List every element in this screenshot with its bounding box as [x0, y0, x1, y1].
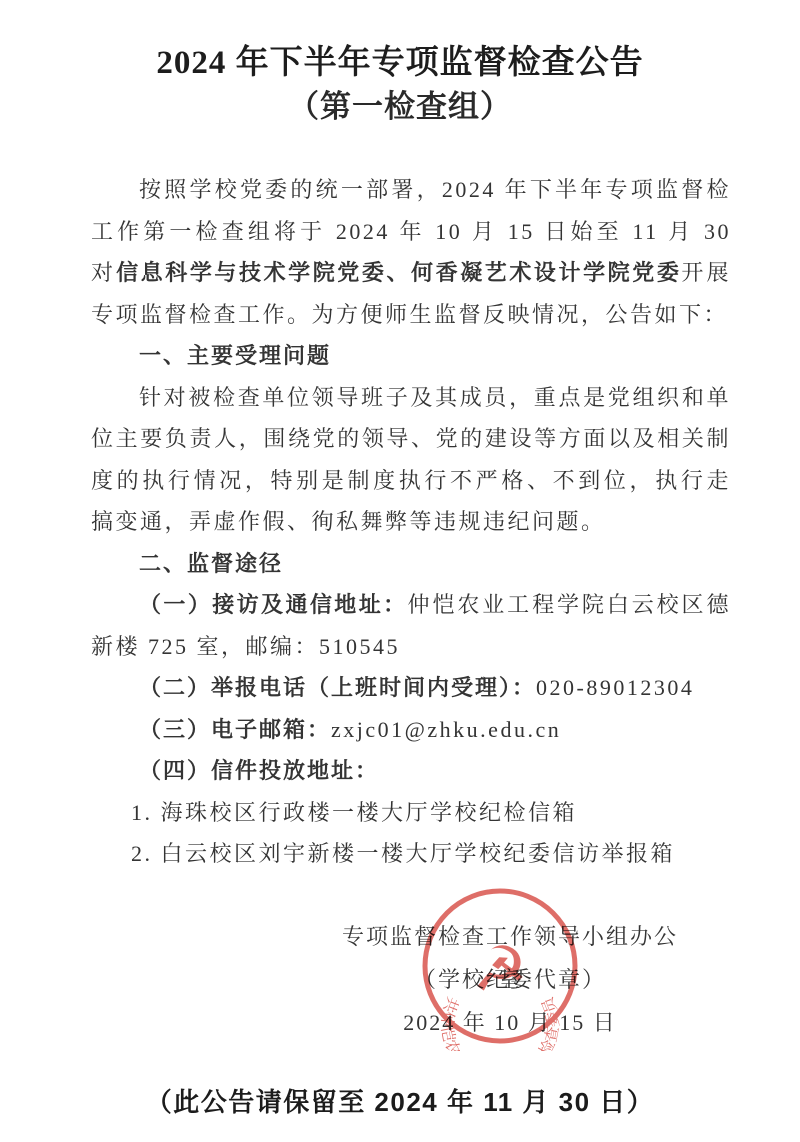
body-text: 2. 白云校区刘宇新楼一楼大厅学校纪委信访举报箱 — [131, 841, 675, 866]
signature-note: （学校纪委代章） — [335, 958, 685, 1001]
body-text: 搞变通，弄虚作假、徇私舞弊等违规违纪问题。 — [91, 509, 606, 534]
page-title: 2024 年下半年专项监督检查公告 — [0, 36, 800, 83]
body-text-bold: （三）电子邮箱： — [139, 717, 331, 742]
signature-office: 专项监督检查工作领导小组办公室 — [335, 915, 685, 958]
body-line: 1. 海珠校区行政楼一楼大厅学校纪检信箱 — [91, 792, 731, 834]
body-line: （四）信件投放地址： — [91, 750, 731, 792]
body-text: 专项监督检查工作。为方便师生监督反映情况，公告如下： — [91, 302, 728, 327]
body-text-bold: （一）接访及通信地址： — [139, 592, 408, 617]
body-text: 位主要负责人，围绕党的领导、党的建设等方面以及相关制 — [91, 426, 731, 451]
body-text-bold: 信息科学与技术学院党委、何香凝艺术设计学院党委 — [116, 260, 681, 285]
body-text-bold: （四）信件投放地址： — [139, 758, 379, 783]
body-text-bold: （二）举报电话（上班时间内受理）： — [139, 675, 536, 700]
body-line: 搞变通，弄虚作假、徇私舞弊等违规违纪问题。 — [91, 501, 731, 543]
body-text: 工作第一检查组将于 2024 年 10 月 15 日始至 11 月 30 日， — [91, 219, 731, 253]
body-text: 1. 海珠校区行政楼一楼大厅学校纪检信箱 — [131, 800, 577, 825]
signature-date: 2024 年 10 月 15 日 — [335, 1001, 685, 1044]
body-text: 020-89012304 — [536, 675, 694, 700]
body-line: 位主要负责人，围绕党的领导、党的建设等方面以及相关制 — [91, 418, 731, 460]
body-line: （一）接访及通信地址：仲恺农业工程学院白云校区德 — [91, 584, 731, 626]
body-line: 新楼 725 室，邮编：510545 — [91, 626, 731, 668]
announcement-page: 2024 年下半年专项监督检查公告 （第一检查组） 按照学校党委的统一部署，20… — [0, 0, 800, 1142]
body-line: 度的执行情况，特别是制度执行不严格、不到位，执行走样、 — [91, 460, 731, 502]
body-line: 2. 白云校区刘宇新楼一楼大厅学校纪委信访举报箱 — [91, 833, 731, 875]
body-line: 对信息科学与技术学院党委、何香凝艺术设计学院党委开展 — [91, 252, 731, 294]
body-line: 二、监督途径 — [91, 543, 731, 585]
body-text: 针对被检查单位领导班子及其成员，重点是党组织和单 — [139, 385, 731, 410]
body-text-bold: 二、监督途径 — [139, 551, 283, 576]
body-text: 度的执行情况，特别是制度执行不严格、不到位，执行走样、 — [91, 468, 731, 502]
body-text: 按照学校党委的统一部署，2024 年下半年专项监督检查 — [139, 177, 731, 211]
body-text: 仲恺农业工程学院白云校区德 — [408, 592, 731, 617]
body-text: 开展 — [681, 260, 731, 285]
body-text: 新楼 725 室，邮编：510545 — [91, 634, 400, 659]
signature-block: 专项监督检查工作领导小组办公室 （学校纪委代章） 2024 年 10 月 15 … — [335, 915, 685, 1044]
body-text: zxjc01@zhku.edu.cn — [331, 717, 561, 742]
body-line: 工作第一检查组将于 2024 年 10 月 15 日始至 11 月 30 日， — [91, 211, 731, 253]
body-line: 专项监督检查工作。为方便师生监督反映情况，公告如下： — [91, 294, 731, 336]
retention-note: （此公告请保留至 2024 年 11 月 30 日） — [0, 1082, 800, 1119]
body-line: （二）举报电话（上班时间内受理）：020-89012304 — [91, 667, 731, 709]
body-text: 对 — [91, 260, 116, 285]
body-line: （三）电子邮箱：zxjc01@zhku.edu.cn — [91, 709, 731, 751]
announcement-body: 按照学校党委的统一部署，2024 年下半年专项监督检查工作第一检查组将于 202… — [91, 169, 731, 875]
page-subtitle: （第一检查组） — [0, 81, 800, 126]
body-line: 按照学校党委的统一部署，2024 年下半年专项监督检查 — [91, 169, 731, 211]
body-text-bold: 一、主要受理问题 — [139, 343, 331, 368]
body-line: 针对被检查单位领导班子及其成员，重点是党组织和单 — [91, 377, 731, 419]
body-line: 一、主要受理问题 — [91, 335, 731, 377]
